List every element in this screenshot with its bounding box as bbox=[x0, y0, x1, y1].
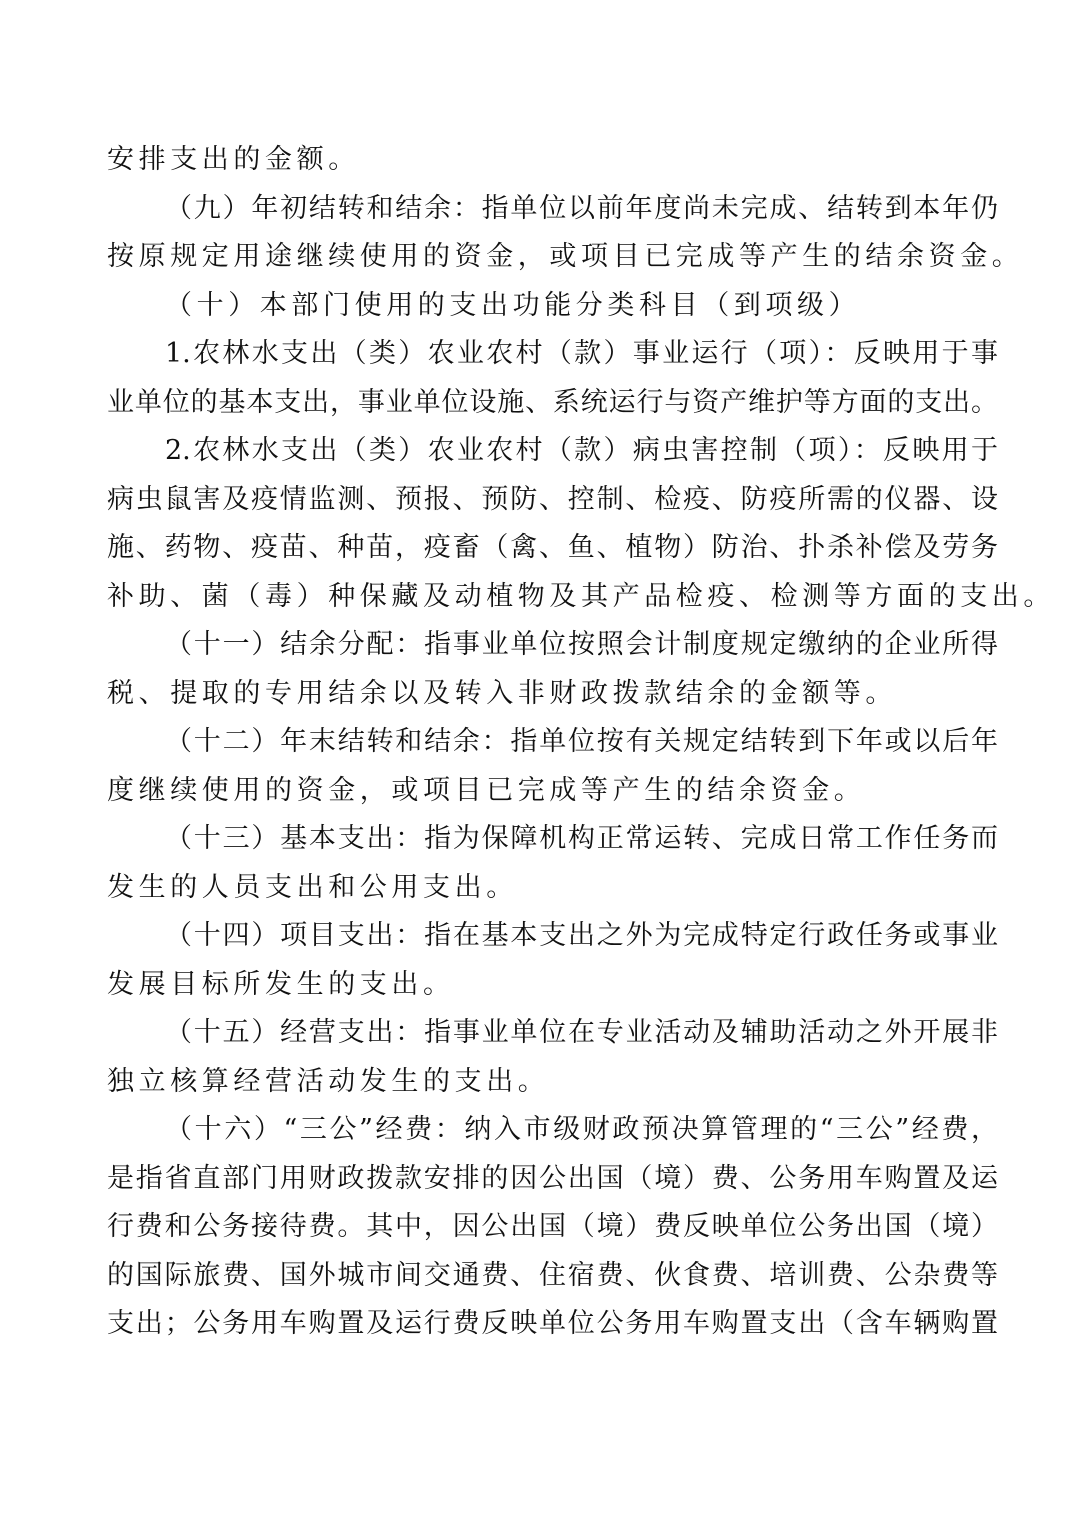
text-line: （九）年初结转和结余：指单位以前年度尚未完成、结转到本年仍 bbox=[107, 185, 998, 234]
text-line: 发展目标所发生的支出。 bbox=[107, 961, 998, 1010]
text-line: （十）本部门使用的支出功能分类科目（到项级） bbox=[107, 282, 998, 331]
text-line: （十一）结余分配：指事业单位按照会计制度规定缴纳的企业所得 bbox=[107, 621, 998, 670]
text-line: 税、提取的专用结余以及转入非财政拨款结余的金额等。 bbox=[107, 670, 998, 719]
text-line: 1.农林水支出（类）农业农村（款）事业运行（项）：反映用于事 bbox=[107, 330, 998, 379]
text-line: 独立核算经营活动发生的支出。 bbox=[107, 1058, 998, 1107]
text-line: 发生的人员支出和公用支出。 bbox=[107, 864, 998, 913]
text-line: 施、药物、疫苗、种苗，疫畜（禽、鱼、植物）防治、扑杀补偿及劳务 bbox=[107, 524, 998, 573]
text-line: （十二）年末结转和结余：指单位按有关规定结转到下年或以后年 bbox=[107, 718, 998, 767]
text-line: （十三）基本支出：指为保障机构正常运转、完成日常工作任务而 bbox=[107, 815, 998, 864]
text-line: 支出；公务用车购置及运行费反映单位公务用车购置支出（含车辆购置 bbox=[107, 1300, 998, 1349]
text-line: 业单位的基本支出，事业单位设施、系统运行与资产维护等方面的支出。 bbox=[107, 379, 998, 428]
text-line: 是指省直部门用财政拨款安排的因公出国（境）费、公务用车购置及运 bbox=[107, 1155, 998, 1204]
text-line: 的国际旅费、国外城市间交通费、住宿费、伙食费、培训费、公杂费等 bbox=[107, 1252, 998, 1301]
text-line: 度继续使用的资金，或项目已完成等产生的结余资金。 bbox=[107, 767, 998, 816]
text-line: （十五）经营支出：指事业单位在专业活动及辅助活动之外开展非 bbox=[107, 1009, 998, 1058]
text-line: （十四）项目支出：指在基本支出之外为完成特定行政任务或事业 bbox=[107, 912, 998, 961]
text-line: 补助、菌（毒）种保藏及动植物及其产品检疫、检测等方面的支出。 bbox=[107, 573, 998, 622]
text-line: 安排支出的金额。 bbox=[107, 136, 998, 185]
text-line: 2.农林水支出（类）农业农村（款）病虫害控制（项）：反映用于 bbox=[107, 427, 998, 476]
text-line: 行费和公务接待费。其中，因公出国（境）费反映单位公务出国（境） bbox=[107, 1203, 998, 1252]
text-line: 按原规定用途继续使用的资金，或项目已完成等产生的结余资金。 bbox=[107, 233, 998, 282]
document-page: 安排支出的金额。 （九）年初结转和结余：指单位以前年度尚未完成、结转到本年仍 按… bbox=[107, 136, 998, 1349]
text-line: 病虫鼠害及疫情监测、预报、预防、控制、检疫、防疫所需的仪器、设 bbox=[107, 476, 998, 525]
text-line: （十六）“三公”经费：纳入市级财政预决算管理的“三公”经费， bbox=[107, 1106, 998, 1155]
